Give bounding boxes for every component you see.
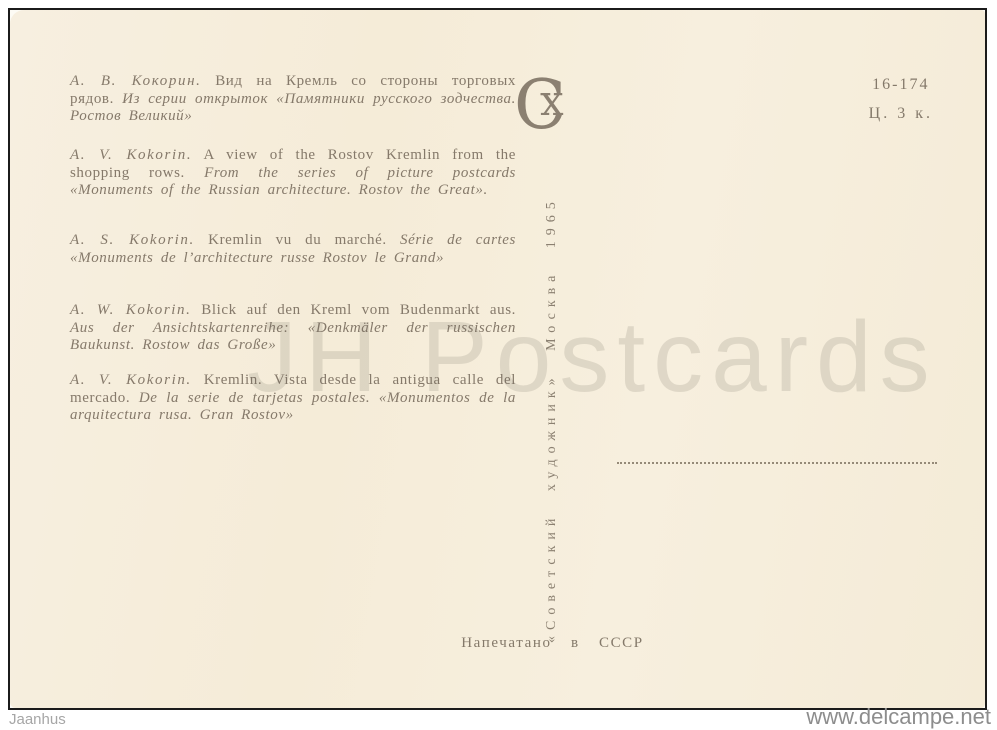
- price-label: Ц. 3 к.: [869, 105, 933, 123]
- caption-title: Kremlin vu du marché.: [208, 232, 387, 248]
- author-name: А. В. Кокорин.: [70, 73, 201, 89]
- postcard-scan-frame: А. В. Кокорин. Вид на Кремль со стороны …: [8, 8, 987, 710]
- catalog-number: 16-174: [869, 76, 933, 94]
- author-name: A. V. Kokorin.: [70, 372, 192, 388]
- site-url: www.delcampe.net: [806, 704, 991, 730]
- author-name: A. W. Kokorin.: [70, 302, 191, 318]
- caption-series: Из серии открыток «Памятники русского зо…: [70, 91, 516, 125]
- author-name: A. S. Kokorin.: [70, 232, 195, 248]
- publisher-imprint-vertical: «Советский художник» Москва 1965: [544, 196, 560, 643]
- watermark: JH Postcards: [247, 300, 938, 415]
- caption-russian: А. В. Кокорин. Вид на Кремль со стороны …: [70, 73, 516, 126]
- seller-name: Jaanhus: [9, 711, 66, 728]
- catalog-box: 16-174 Ц. 3 к.: [869, 76, 933, 123]
- address-dotted-line: [617, 462, 937, 464]
- author-name: A. V. Kokorin.: [70, 147, 192, 163]
- caption-english: A. V. Kokorin. A view of the Rostov Krem…: [70, 147, 516, 200]
- monogram-letter-x: х: [540, 80, 564, 122]
- caption-french: A. S. Kokorin. Kremlin vu du marché. Sér…: [70, 232, 516, 267]
- postcard-back: А. В. Кокорин. Вид на Кремль со стороны …: [10, 10, 985, 708]
- publisher-monogram-icon: С х: [514, 68, 590, 160]
- printed-in-ussr-label: Напечатано в СССР: [120, 635, 985, 652]
